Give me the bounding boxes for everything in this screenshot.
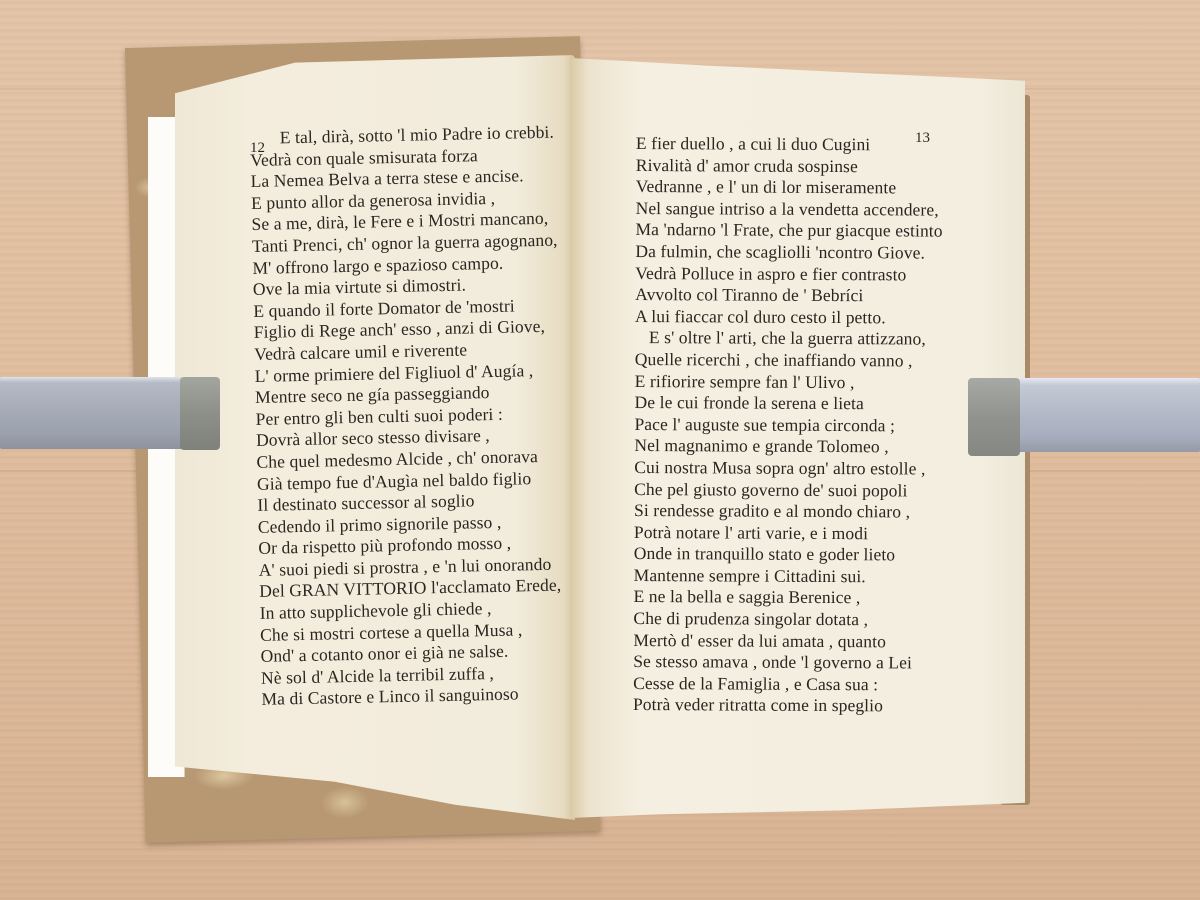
- text-line: Mantenne sempre i Cittadini sui.: [634, 565, 941, 588]
- text-line: Potrà veder ritratta come in speglio: [633, 694, 940, 717]
- text-line: De le cui fronde la serena e lieta: [635, 392, 942, 415]
- text-line: Che pel giusto governo de' suoi popoli: [634, 478, 941, 501]
- text-line: Potrà notare l' arti varie, e i modi: [634, 522, 941, 545]
- clamp-head: [968, 378, 1020, 456]
- text-line: Si rendesse gradito e al mondo chiaro ,: [634, 500, 941, 523]
- text-line: Vedrà Polluce in aspro e fier contrasto: [635, 263, 942, 286]
- text-line: E ne la bella e saggia Berenice ,: [634, 586, 941, 609]
- clamp-bar: [0, 377, 185, 449]
- text-line: Mertò d' esser da lui amata , quanto: [633, 630, 940, 653]
- text-line: E rifiorire sempre fan l' Ulivo ,: [635, 371, 942, 394]
- text-line: Rivalità d' amor cruda sospinse: [636, 155, 943, 178]
- clamp-head: [180, 377, 220, 450]
- text-line: E fier duello , a cui li duo Cugini: [636, 133, 943, 156]
- text-line: A lui fiaccar col duro cesto il petto.: [635, 306, 942, 329]
- text-line: Quelle ricerchi , che inaffiando vanno ,: [635, 349, 942, 372]
- text-line: E s' oltre l' arti, che la guerra attizz…: [635, 327, 942, 350]
- text-line: Onde in tranquillo stato e goder lieto: [634, 543, 941, 566]
- text-line: Nel magnanimo e grande Tolomeo ,: [634, 435, 941, 458]
- wood-grain: [0, 860, 1200, 862]
- text-line: Se stesso amava , onde 'l governo a Lei: [633, 651, 940, 674]
- text-line: Cui nostra Musa sopra ogn' altro estolle…: [634, 457, 941, 480]
- right-page-text: E fier duello , a cui li duo Cugini Riva…: [633, 133, 943, 718]
- text-line: Avvolto col Tiranno de ' Bebríci: [635, 284, 942, 307]
- text-line: Pace l' auguste sue tempia circonda ;: [634, 414, 941, 437]
- text-line: Vedranne , e l' un di lor miseramente: [636, 176, 943, 199]
- text-line: Da fulmin, che scagliolli 'ncontro Giove…: [635, 241, 942, 264]
- text-line: Nel sangue intriso a la vendetta accende…: [636, 198, 943, 221]
- clamp-bar: [1018, 378, 1200, 452]
- text-line: Cesse de la Famiglia , e Casa sua :: [633, 673, 940, 696]
- left-page-text: E tal, dirà, sotto 'l mio Padre io crebb…: [250, 144, 567, 711]
- text-line: Ma 'ndarno 'l Frate, che pur giacque est…: [635, 219, 942, 242]
- text-line: Che di prudenza singolar dotata ,: [633, 608, 940, 631]
